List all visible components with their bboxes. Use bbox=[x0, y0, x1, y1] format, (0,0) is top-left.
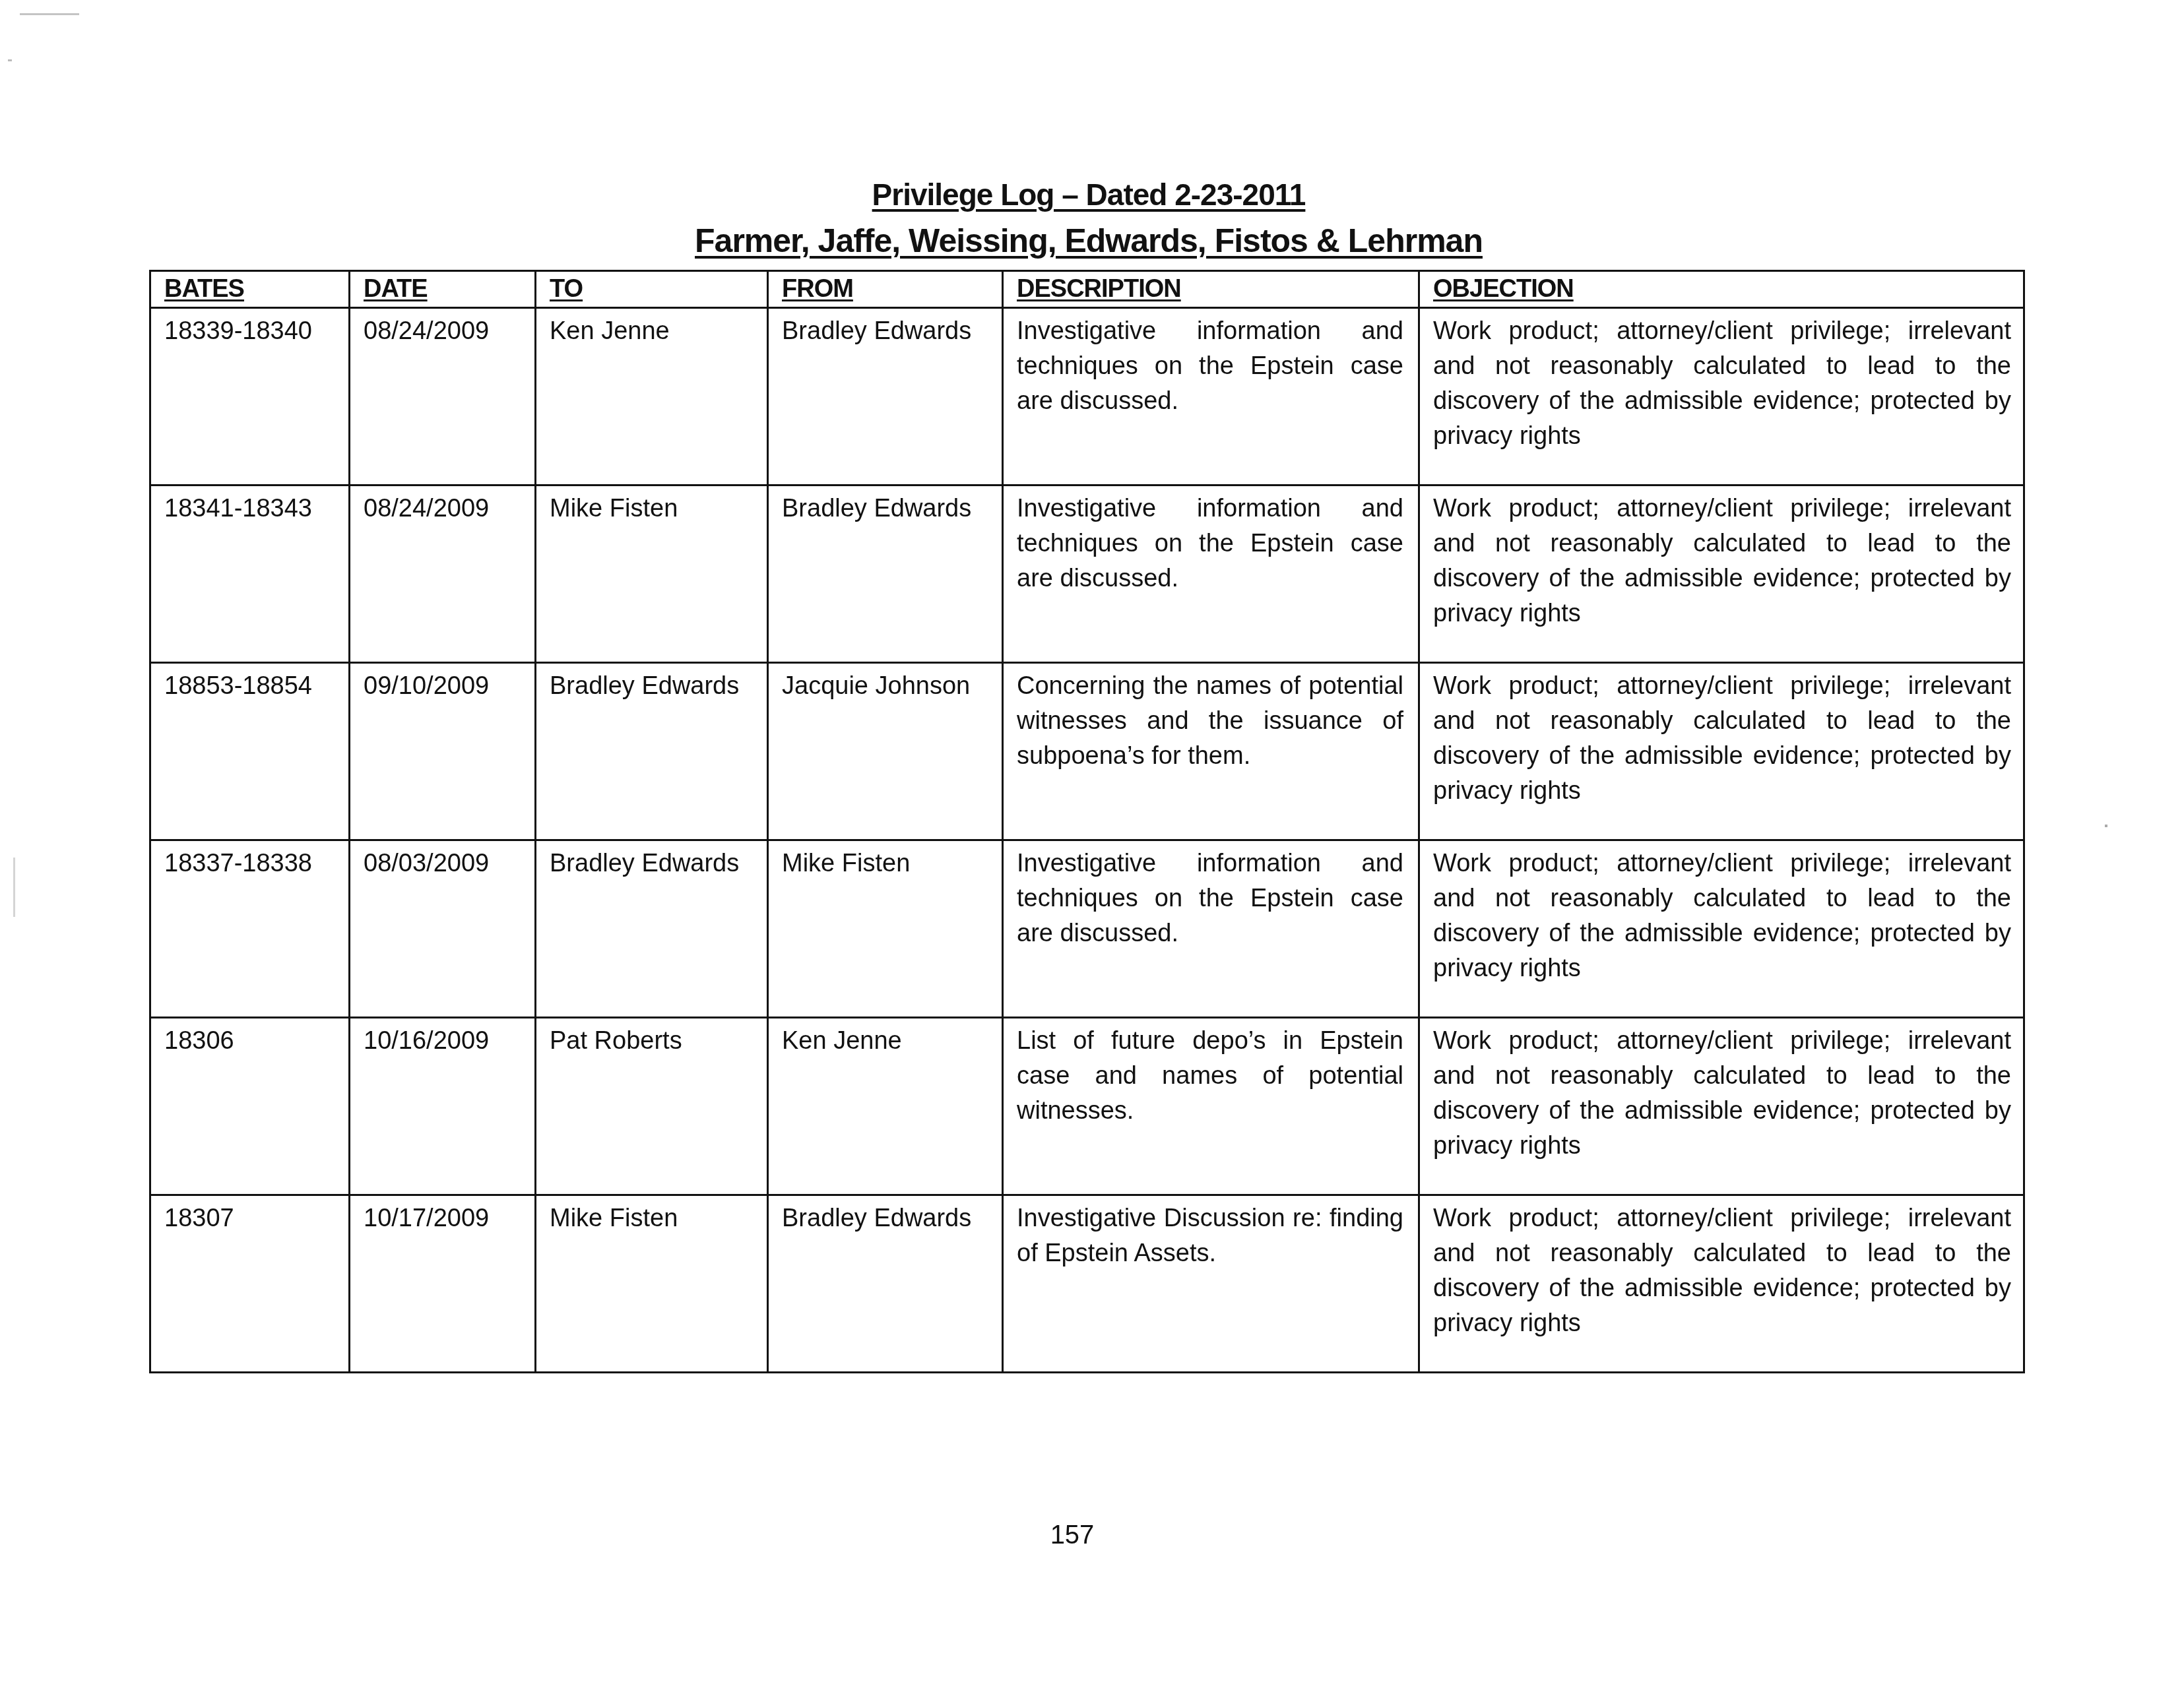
cell-from: Bradley Edwards bbox=[768, 1195, 1003, 1373]
cell-to: Mike Fisten bbox=[536, 485, 768, 663]
cell-to: Bradley Edwards bbox=[536, 840, 768, 1018]
cell-date: 10/16/2009 bbox=[350, 1018, 536, 1195]
cell-description: List of future depo’s in Epstein case an… bbox=[1003, 1018, 1419, 1195]
cell-description: Concerning the names of potential witnes… bbox=[1003, 663, 1419, 840]
cell-from: Bradley Edwards bbox=[768, 485, 1003, 663]
cell-date: 10/17/2009 bbox=[350, 1195, 536, 1373]
cell-from: Mike Fisten bbox=[768, 840, 1003, 1018]
table-header-row: BATES DATE TO FROM DESCRIPTION OBJECTION bbox=[150, 271, 2024, 308]
table-row: 18339-1834008/24/2009Ken JenneBradley Ed… bbox=[150, 308, 2024, 485]
column-header-label: DESCRIPTION bbox=[1017, 275, 1181, 303]
column-header-objection: OBJECTION bbox=[1419, 271, 2024, 308]
cell-bates: 18853-18854 bbox=[150, 663, 350, 840]
document-subtitle: Farmer, Jaffe, Weissing, Edwards, Fistos… bbox=[0, 222, 2181, 260]
cell-bates: 18306 bbox=[150, 1018, 350, 1195]
column-header-description: DESCRIPTION bbox=[1003, 271, 1419, 308]
cell-bates: 18307 bbox=[150, 1195, 350, 1373]
cell-bates: 18337-18338 bbox=[150, 840, 350, 1018]
cell-date: 08/03/2009 bbox=[350, 840, 536, 1018]
column-header-from: FROM bbox=[768, 271, 1003, 308]
document-title: Privilege Log – Dated 2-23-2011 bbox=[0, 177, 2181, 212]
cell-objection: Work product; attorney/client privilege;… bbox=[1419, 663, 2024, 840]
cell-objection: Work product; attorney/client privilege;… bbox=[1419, 840, 2024, 1018]
column-header-label: OBJECTION bbox=[1433, 275, 1574, 303]
column-header-to: TO bbox=[536, 271, 768, 308]
cell-description: Investigative information and techniques… bbox=[1003, 308, 1419, 485]
cell-date: 09/10/2009 bbox=[350, 663, 536, 840]
page-number: 157 bbox=[0, 1520, 2164, 1550]
cell-objection: Work product; attorney/client privilege;… bbox=[1419, 1018, 2024, 1195]
column-header-label: FROM bbox=[782, 275, 853, 303]
cell-description: Investigative Discussion re: finding of … bbox=[1003, 1195, 1419, 1373]
table-row: 18337-1833808/03/2009Bradley EdwardsMike… bbox=[150, 840, 2024, 1018]
scan-artifact bbox=[8, 59, 12, 61]
privilege-log-table: BATES DATE TO FROM DESCRIPTION OBJECTION… bbox=[149, 270, 2025, 1373]
table-row: 1830610/16/2009Pat RobertsKen JenneList … bbox=[150, 1018, 2024, 1195]
cell-objection: Work product; attorney/client privilege;… bbox=[1419, 485, 2024, 663]
column-header-bates: BATES bbox=[150, 271, 350, 308]
cell-date: 08/24/2009 bbox=[350, 485, 536, 663]
table-row: 18341-1834308/24/2009Mike FistenBradley … bbox=[150, 485, 2024, 663]
cell-from: Bradley Edwards bbox=[768, 308, 1003, 485]
cell-description: Investigative information and techniques… bbox=[1003, 840, 1419, 1018]
cell-bates: 18339-18340 bbox=[150, 308, 350, 485]
column-header-label: DATE bbox=[364, 275, 428, 303]
column-header-label: BATES bbox=[164, 275, 244, 303]
cell-to: Pat Roberts bbox=[536, 1018, 768, 1195]
cell-to: Ken Jenne bbox=[536, 308, 768, 485]
table-row: 1830710/17/2009Mike FistenBradley Edward… bbox=[150, 1195, 2024, 1373]
cell-objection: Work product; attorney/client privilege;… bbox=[1419, 1195, 2024, 1373]
scan-artifact bbox=[2105, 825, 2107, 827]
scan-artifact bbox=[13, 858, 15, 917]
cell-from: Jacquie Johnson bbox=[768, 663, 1003, 840]
cell-to: Bradley Edwards bbox=[536, 663, 768, 840]
cell-date: 08/24/2009 bbox=[350, 308, 536, 485]
cell-to: Mike Fisten bbox=[536, 1195, 768, 1373]
cell-objection: Work product; attorney/client privilege;… bbox=[1419, 308, 2024, 485]
table-row: 18853-1885409/10/2009Bradley EdwardsJacq… bbox=[150, 663, 2024, 840]
cell-from: Ken Jenne bbox=[768, 1018, 1003, 1195]
column-header-date: DATE bbox=[350, 271, 536, 308]
scan-artifact bbox=[20, 13, 79, 15]
column-header-label: TO bbox=[550, 275, 583, 303]
cell-description: Investigative information and techniques… bbox=[1003, 485, 1419, 663]
cell-bates: 18341-18343 bbox=[150, 485, 350, 663]
